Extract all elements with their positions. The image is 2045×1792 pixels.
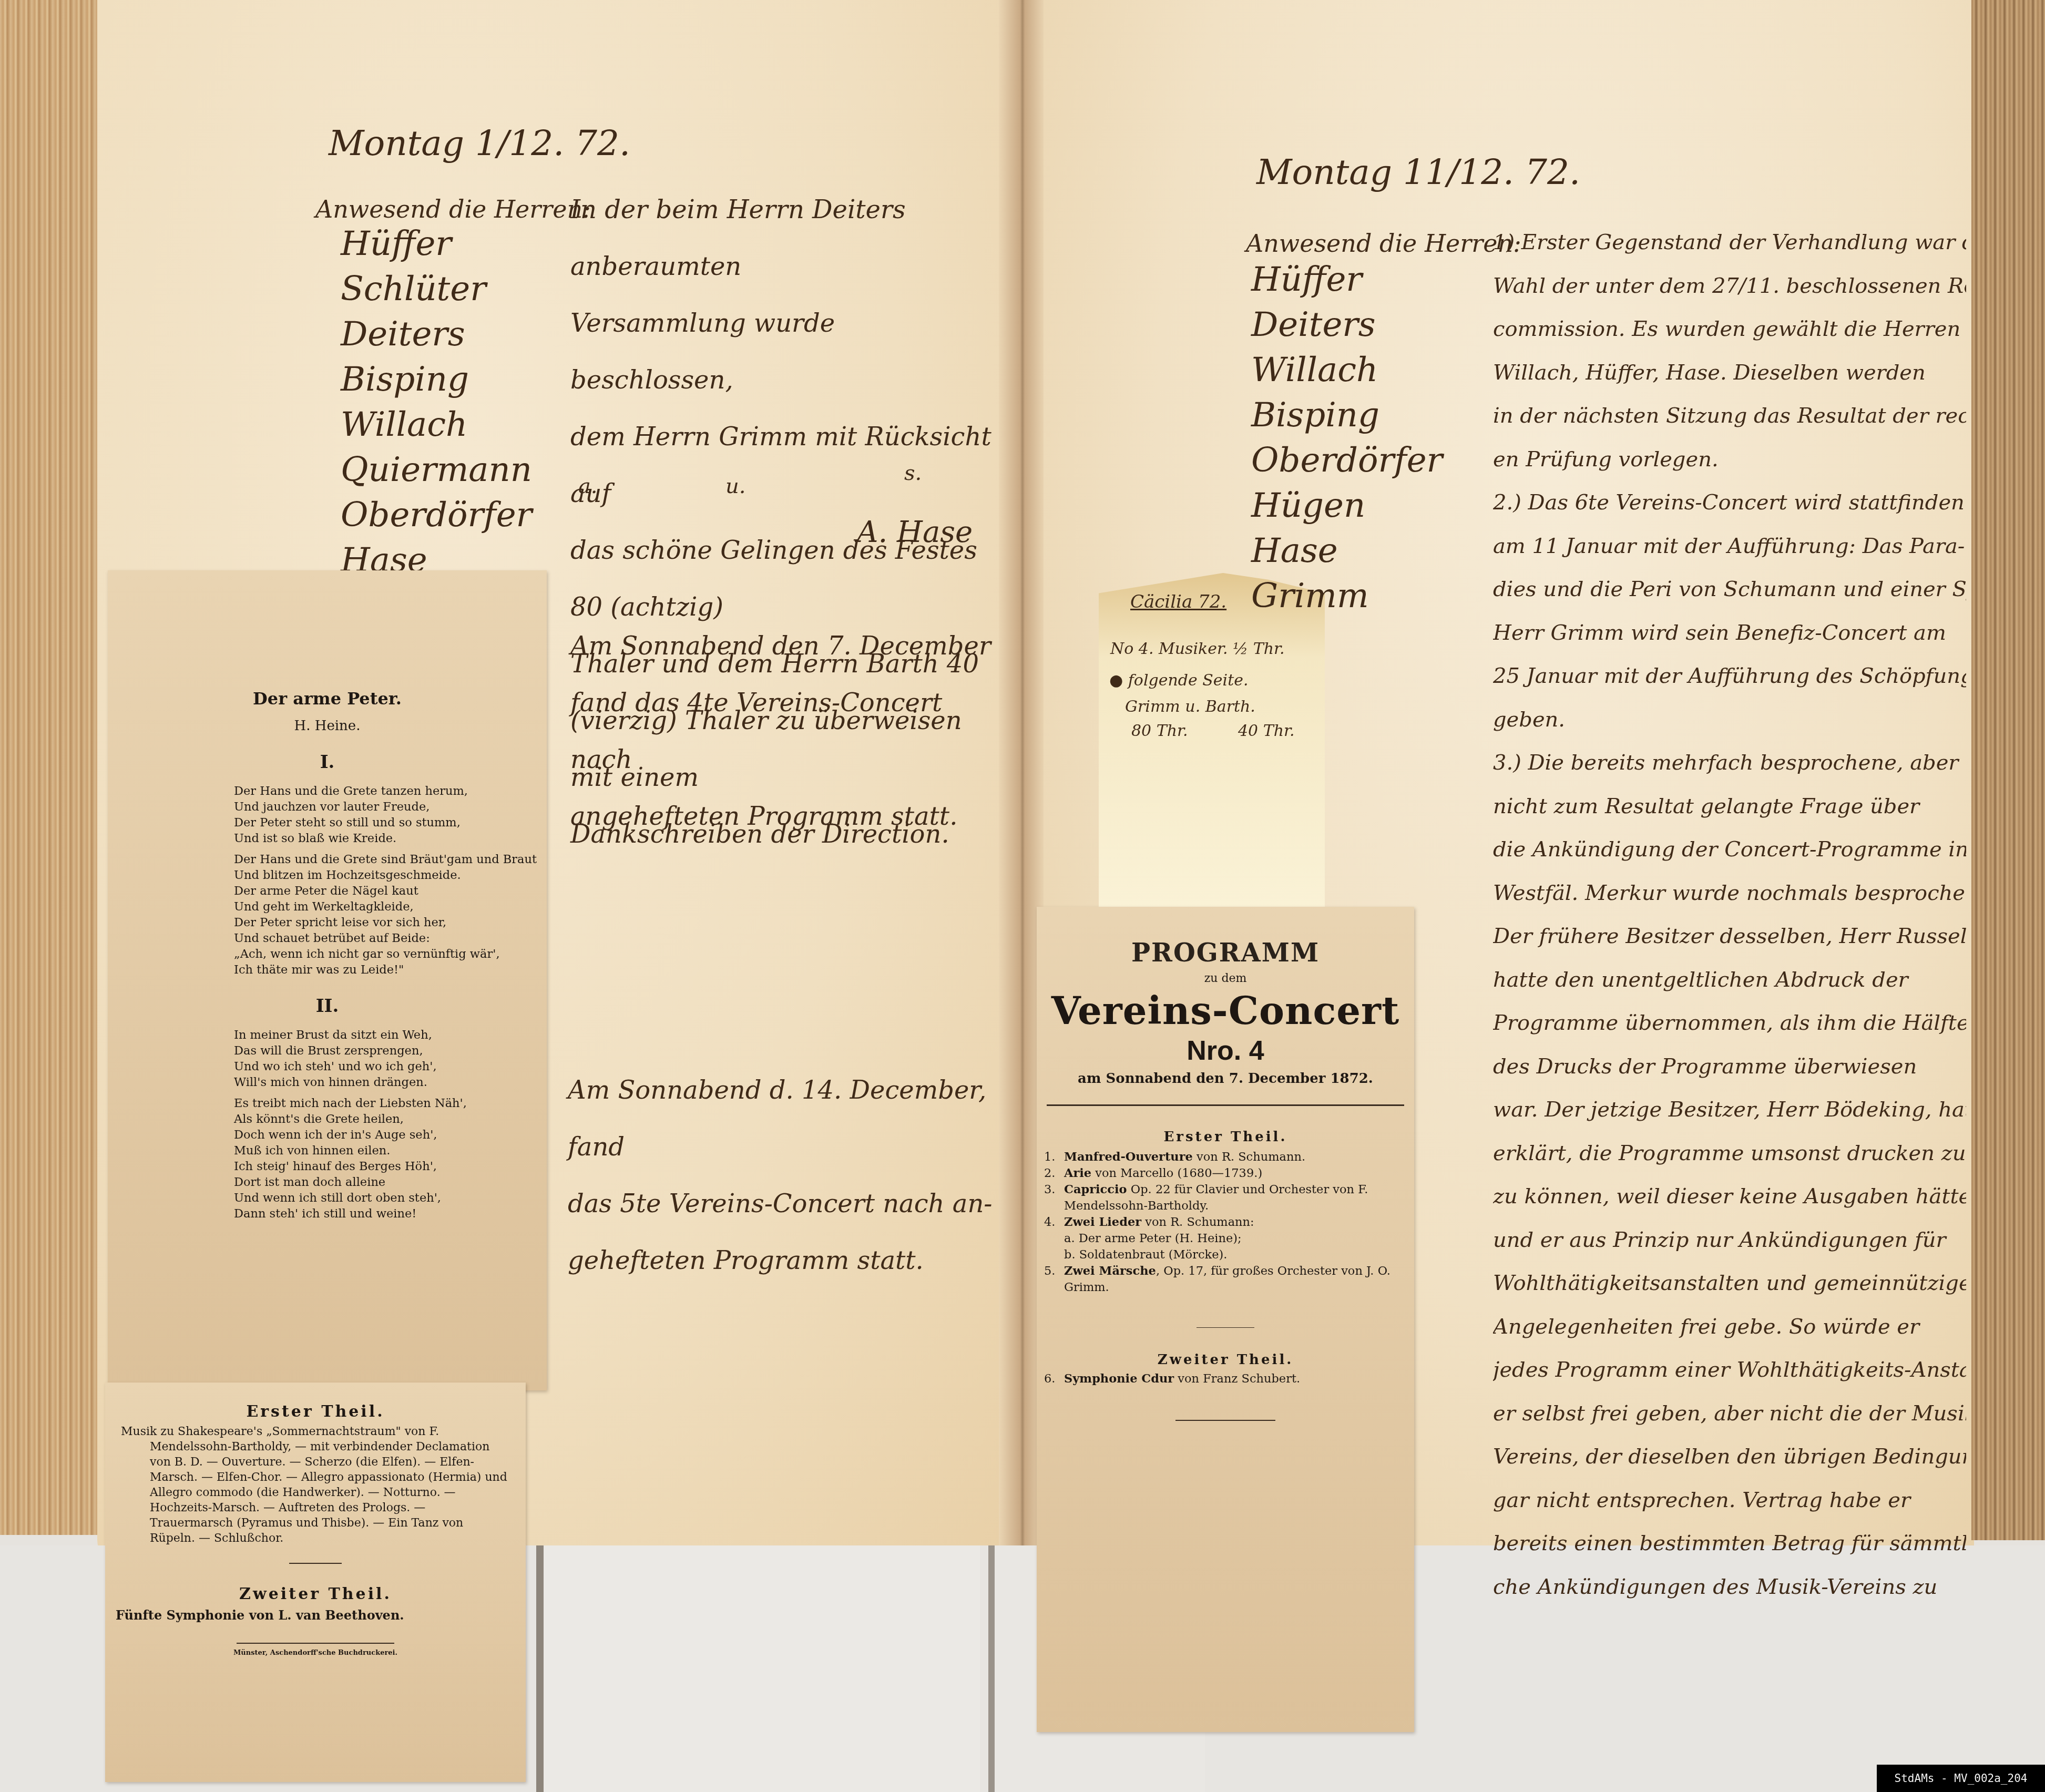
program-item: 4.Zwei Lieder von R. Schumann: <box>1044 1214 1409 1231</box>
note-line: Grimm u. Barth. <box>1125 699 1255 715</box>
poem-line: Der Hans und die Grete tanzen herum, <box>234 783 547 799</box>
item-number: 3. <box>1044 1182 1055 1198</box>
divider <box>1197 1327 1254 1328</box>
entry-line: Am Sonnabend d. 14. December, fand <box>568 1062 1020 1175</box>
item-number: 6. <box>1044 1371 1055 1387</box>
minutes-line: Der frühere Besitzer desselben, Herr Rus… <box>1493 915 1966 958</box>
minutes-line: Wahl der unter dem 27/11. beschlossenen … <box>1493 264 1966 308</box>
poem-part-numeral: I. <box>108 752 547 773</box>
minutes-line: Herr Grimm wird sein Benefiz-Concert am <box>1493 611 1966 655</box>
poem-author: H. Heine. <box>108 718 547 734</box>
poem-line: Und geht im Werkeltagkleide, <box>234 899 547 915</box>
minutes-line: en Prüfung vorlegen. <box>1493 438 1966 482</box>
poem-line: Der Hans und die Grete sind Bräut'gam un… <box>234 852 547 867</box>
poem-line: Und schauet betrübet auf Beide: <box>234 930 547 946</box>
concert-name: Vereins-Concert <box>1037 988 1414 1033</box>
attendance-label: Anwesend die Herren: <box>315 197 591 221</box>
note-heading: Cäcilia 72. <box>1130 593 1226 611</box>
concert-entry: Am Sonnabend d. 14. December, fand das 5… <box>568 1062 1020 1289</box>
program-subtitle: zu dem <box>1037 972 1414 985</box>
book-page-edges-right <box>1971 0 2045 1540</box>
attendee-name: Bisping <box>341 363 532 408</box>
printer-imprint: Münster, Aschendorff'sche Buchdruckerei. <box>105 1649 526 1657</box>
pasted-poem-slip: Der arme Peter. H. Heine. I. Der Hans un… <box>108 570 547 1390</box>
poem-stanza: Es treibt mich nach der Liebsten Näh', A… <box>234 1095 547 1222</box>
attendee-name: Oberdörfer <box>1251 444 1443 489</box>
entry-line: angehefteten Programm statt. <box>570 788 1001 845</box>
poem-line: Der Peter spricht leise vor sich her, <box>234 915 547 930</box>
poem-line: Und jauchzen vor lauter Freude, <box>234 799 547 815</box>
item-number: 5. <box>1044 1263 1055 1279</box>
attendee-name: Deiters <box>341 318 532 363</box>
poem-line: Und wenn ich still dort oben steh', <box>234 1190 547 1206</box>
minutes-line: die Ankündigung der Concert-Programme in <box>1493 828 1966 872</box>
poem-line: Und wo ich steh' und wo ich geh', <box>234 1059 547 1074</box>
attendee-name: Quiermann <box>341 453 532 498</box>
poem-line: Das will die Brust zersprengen, <box>234 1043 547 1059</box>
item-title: Capriccio <box>1064 1183 1127 1196</box>
attendee-name: Hüffer <box>341 227 532 272</box>
attendee-name: Deiters <box>1251 308 1443 353</box>
minutes-line: geben. <box>1493 698 1966 742</box>
attendee-list: Hüffer Deiters Willach Bisping Oberdörfe… <box>1251 263 1443 624</box>
divider <box>1175 1420 1275 1421</box>
item-number: 4. <box>1044 1214 1055 1231</box>
item-number: 1. <box>1044 1149 1055 1165</box>
entry-line: gehefteten Programm statt. <box>568 1232 1020 1289</box>
minutes-line: dies und die Peri von Schumann und einer… <box>1493 568 1966 611</box>
minutes-line: jedes Programm einer Wohlthätigkeits-Ans… <box>1493 1348 1966 1392</box>
item-title: Symphonie Cdur <box>1064 1372 1174 1386</box>
poem-line: Es treibt mich nach der Liebsten Näh', <box>234 1095 547 1111</box>
poem-stanza: In meiner Brust da sitzt ein Weh, Das wi… <box>234 1027 547 1090</box>
attendee-name: Grimm <box>1251 579 1443 624</box>
pasted-program-slip: Erster Theil. Musik zu Shakespeare's „So… <box>105 1383 526 1782</box>
note-line: ● folgende Seite. <box>1109 673 1249 689</box>
item-detail: von R. Schumann: <box>1141 1215 1254 1229</box>
poem-line: Und ist so blaß wie Kreide. <box>234 831 547 846</box>
poem-line: Muß ich von hinnen eilen. <box>234 1143 547 1159</box>
minutes-line: Angelegenheiten frei gebe. So würde er <box>1493 1305 1966 1349</box>
concert-date: am Sonnabend den 7. December 1872. <box>1037 1071 1414 1087</box>
poem-title: Der arme Peter. <box>108 689 547 709</box>
closing-mark: s. <box>904 463 922 484</box>
program-item: 1.Manfred-Ouverture von R. Schumann. <box>1044 1149 1409 1165</box>
attendee-name: Hüffer <box>1251 263 1443 308</box>
book-page-edges-left <box>0 0 100 1535</box>
minutes-line: Versammlung wurde beschlossen, <box>570 295 1001 408</box>
closing-mark: a. <box>578 476 598 497</box>
divider <box>1047 1104 1404 1106</box>
concert-number: Nro. 4 <box>1037 1035 1414 1067</box>
entry-date-heading: Montag 1/12. 72. <box>329 126 630 161</box>
minutes-line: 3.) Die bereits mehrfach besprochene, ab… <box>1493 741 1966 785</box>
poem-line: Der Peter steht so still und so stumm, <box>234 815 547 831</box>
minutes-line: Vereins, der dieselben den übrigen Bedin… <box>1493 1435 1966 1479</box>
divider <box>237 1643 394 1644</box>
poem-line: Dort ist man doch alleine <box>234 1174 547 1190</box>
item-title: Zwei Lieder <box>1064 1215 1141 1229</box>
minutes-line: In der beim Herrn Deiters anberaumten <box>570 181 1001 295</box>
poem-stanza: Der Hans und die Grete tanzen herum, Und… <box>234 783 547 846</box>
minutes-line: 2.) Das 6te Vereins-Concert wird stattfi… <box>1493 481 1966 525</box>
item-detail: von R. Schumann. <box>1193 1150 1305 1164</box>
poem-line: Als könnt's die Grete heilen, <box>234 1111 547 1127</box>
note-line-text: folgende Seite. <box>1128 671 1249 690</box>
concert-entry: Am Sonnabend den 7. December fand das 4t… <box>570 618 1001 845</box>
minutes-line: am 11 Januar mit der Aufführung: Das Par… <box>1493 525 1966 568</box>
minutes-line: che Ankündigungen des Musik-Vereins zu <box>1493 1565 1966 1609</box>
poem-line: „Ach, wenn ich nicht gar so vernünftig w… <box>234 946 547 962</box>
poem-stanza: Der Hans und die Grete sind Bräut'gam un… <box>234 852 547 978</box>
item-number: 2. <box>1044 1165 1055 1182</box>
minutes-line: commission. Es wurden gewählt die Herren <box>1493 308 1966 351</box>
program-item: 6.Symphonie Cdur von Franz Schubert. <box>1044 1371 1409 1387</box>
minutes-line: erklärt, die Programme umsonst drucken z… <box>1493 1132 1966 1175</box>
minutes-line: bereits einen bestimmten Betrag für sämm… <box>1493 1522 1966 1565</box>
entry-date-heading: Montag 11/12. 72. <box>1256 155 1580 190</box>
minutes-line: gar nicht entsprechen. Vertrag habe er <box>1493 1479 1966 1522</box>
poem-line: Will's mich von hinnen drängen. <box>234 1074 547 1090</box>
poem-line: Und blitzen im Hochzeitsgeschmeide. <box>234 867 547 883</box>
poem-line: Doch wenn ich der in's Auge seh', <box>234 1127 547 1143</box>
part-heading: Erster Theil. <box>105 1402 526 1421</box>
part-heading: Erster Theil. <box>1037 1129 1414 1145</box>
program-item: 5.Zwei Märsche, Op. 17, für großes Orche… <box>1044 1263 1409 1296</box>
attendee-name: Bisping <box>1251 398 1443 444</box>
minutes-line: Programme übernommen, als ihm die Hälfte <box>1493 1001 1966 1045</box>
poem-part-numeral: II. <box>108 996 547 1017</box>
poem-line: Ich thäte mir was zu Leide!" <box>234 962 547 978</box>
attendee-name: Hase <box>1251 534 1443 579</box>
divider <box>289 1563 342 1564</box>
minutes-line: des Drucks der Programme überwiesen <box>1493 1045 1966 1089</box>
minutes-line: war. Der jetzige Besitzer, Herr Bödeking… <box>1493 1088 1966 1132</box>
minutes-line: 25 Januar mit der Aufführung des Schöpfu… <box>1493 654 1966 698</box>
part-heading: Zweiter Theil. <box>1037 1352 1414 1368</box>
poem-line: In meiner Brust da sitzt ein Weh, <box>234 1027 547 1043</box>
minutes-line: hatte den unentgeltlichen Abdruck der <box>1493 958 1966 1002</box>
poem-line: Der arme Peter die Nägel kaut <box>234 883 547 899</box>
backing-sheet <box>536 1545 980 1792</box>
signature: A. Hase <box>857 518 973 547</box>
poem-line: Dann steh' ich still und weine! <box>234 1206 547 1222</box>
note-line: No 4. Musiker. ½ Thr. <box>1110 641 1285 657</box>
item-detail: von Marcello (1680—1739.) <box>1091 1166 1262 1180</box>
minutes-line: in der nächsten Sitzung das Resultat der… <box>1493 394 1966 438</box>
part-heading: Zweiter Theil. <box>105 1585 526 1603</box>
attendee-name: Willach <box>341 408 532 453</box>
program-text: Musik zu Shakespeare's „Sommernachtstrau… <box>105 1424 526 1546</box>
minutes-line: er selbst frei geben, aber nicht die der… <box>1493 1392 1966 1436</box>
program-subitem: b. Soldatenbraut (Mörcke). <box>1044 1247 1409 1263</box>
poem-line: Ich steig' hinauf des Berges Höh', <box>234 1159 547 1174</box>
entry-line: das 5te Vereins-Concert nach an- <box>568 1175 1020 1232</box>
minutes-line: Wohlthätigkeitsanstalten und gemeinnützi… <box>1493 1262 1966 1305</box>
attendee-name: Oberdörfer <box>341 498 532 544</box>
item-title: Manfred-Ouverture <box>1064 1150 1193 1164</box>
entry-line: Am Sonnabend den 7. December <box>570 618 1001 674</box>
program-part1-text: Musik zu Shakespeare's „Sommernachtstrau… <box>121 1424 512 1546</box>
minutes-line: und er aus Prinzip nur Ankündigungen für <box>1493 1218 1966 1262</box>
program-items: 1.Manfred-Ouverture von R. Schumann. 2.A… <box>1037 1149 1414 1296</box>
note-line: 80 Thr. 40 Thr. <box>1131 723 1295 739</box>
attendee-name: Schlüter <box>341 272 532 318</box>
attendance-label: Anwesend die Herren: <box>1246 231 1521 255</box>
minutes-line: nicht zum Resultat gelangte Frage über <box>1493 785 1966 828</box>
program-item: 2.Arie von Marcello (1680—1739.) <box>1044 1165 1409 1182</box>
minutes-line: dem Herrn Grimm mit Rücksicht auf <box>570 408 1001 522</box>
program-subitem: a. Der arme Peter (H. Heine); <box>1044 1231 1409 1247</box>
minutes-line: Westfäl. Merkur wurde nochmals besproche… <box>1493 872 1966 915</box>
minutes-line: zu können, weil dieser keine Ausgaben hä… <box>1493 1175 1966 1218</box>
archive-reference-label: StdAMs - MV_002a_204 <box>1877 1765 2045 1792</box>
attendee-name: Willach <box>1251 353 1443 398</box>
item-detail: von Franz Schubert. <box>1174 1372 1300 1386</box>
entry-line: fand das 4te Vereins-Concert nach <box>570 674 1001 788</box>
program-items: 6.Symphonie Cdur von Franz Schubert. <box>1037 1371 1414 1387</box>
item-title: Zwei Märsche <box>1064 1264 1156 1278</box>
program-item: 3.Capriccio Op. 22 für Clavier und Orche… <box>1044 1182 1409 1214</box>
attendee-name: Hügen <box>1251 489 1443 534</box>
program-title: PROGRAMM <box>1037 938 1414 968</box>
item-title: Arie <box>1064 1166 1091 1180</box>
minutes-line: Willach, Hüffer, Hase. Dieselben werden <box>1493 351 1966 395</box>
pasted-concert-program: PROGRAMM zu dem Vereins-Concert Nro. 4 a… <box>1037 907 1414 1732</box>
minutes-line: 1) Erster Gegenstand der Verhandlung war… <box>1493 221 1966 264</box>
program-part2-text: Fünfte Symphonie von L. van Beethoven. <box>105 1607 526 1623</box>
closing-mark: u. <box>725 476 745 497</box>
meeting-minutes: 1) Erster Gegenstand der Verhandlung war… <box>1493 221 1966 1609</box>
